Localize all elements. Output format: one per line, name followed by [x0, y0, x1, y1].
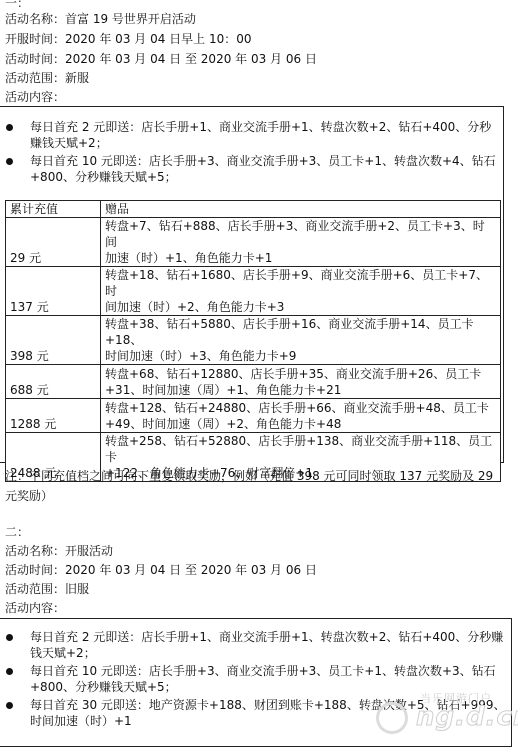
recharge-rewards-table: 累计充值 赠品 29 元 转盘+7、钻石+888、店长手册+3、商业交流手册+2…: [5, 200, 501, 482]
gift-line: 转盘+38、钻石+5880、店长手册+16、商业交流手册+14、员工卡+18、: [105, 316, 496, 348]
gift-line: 转盘+18、钻石+1680、店长手册+9、商业交流手册+6、员工卡+7、时: [105, 267, 496, 299]
bullet-line: 时间加速（时）+1: [30, 713, 505, 729]
field-activity-scope: 活动范围：新服: [5, 69, 89, 87]
field-label: 活动范围：: [5, 582, 65, 596]
bullet-dot-icon: [6, 158, 13, 165]
gift-line: 转盘+258、钻石+52880、店长手册+138、商业交流手册+118、员工卡: [105, 433, 496, 465]
bullet-line: +800、分秒赚钱天赋+5；: [30, 169, 496, 185]
field-value: 2020 年 03 月 04 日 至 2020 年 03 月 06 日: [65, 52, 317, 66]
column-header-gift: 赠品: [101, 201, 501, 218]
table-row: 29 元 转盘+7、钻石+888、店长手册+3、商业交流手册+2、员工卡+3、时…: [6, 218, 501, 267]
bullet-line: 钱天赋+2；: [30, 645, 503, 661]
field-label: 开服时间：: [5, 32, 65, 46]
bullet-dot-icon: [6, 668, 13, 675]
bullet-line: +800、分秒赚钱天赋+5；: [30, 679, 496, 695]
gift-line: 转盘+128、钻石+24880、店长手册+66、商业交流手册+48、员工卡: [105, 400, 496, 416]
field-value: 旧服: [65, 582, 89, 596]
field-label: 活动时间：: [5, 52, 65, 66]
amount-cell: 688 元: [6, 365, 101, 399]
gift-cell: 转盘+7、钻石+888、店长手册+3、商业交流手册+2、员工卡+3、时间加速（时…: [101, 218, 501, 267]
bullet-line: 赚钱天赋+2；: [30, 135, 491, 151]
table-row: 398 元 转盘+38、钻石+5880、店长手册+16、商业交流手册+14、员工…: [6, 316, 501, 365]
gift-line: 时间加速（时）+3、角色能力卡+9: [105, 348, 496, 364]
field-value: 2020 年 03 月 04 日 至 2020 年 03 月 06 日: [65, 563, 317, 577]
gift-line: 转盘+7、钻石+888、店长手册+3、商业交流手册+2、员工卡+3、时间: [105, 218, 496, 250]
table-row: 688 元 转盘+68、钻石+12880、店长手册+35、商业交流手册+26、员…: [6, 365, 501, 399]
field-activity-content: 活动内容：: [5, 599, 65, 617]
field-activity-content: 活动内容：: [5, 88, 65, 106]
amount-cell: 29 元: [6, 218, 101, 267]
gift-cell: 转盘+68、钻石+12880、店长手册+35、商业交流手册+26、员工卡+31、…: [101, 365, 501, 399]
field-label: 活动内容：: [5, 601, 65, 615]
field-label: 活动内容：: [5, 90, 65, 104]
field-label: 活动名称：: [5, 12, 65, 26]
gift-cell: 转盘+18、钻石+1680、店长手册+9、商业交流手册+6、员工卡+7、时间加速…: [101, 267, 501, 316]
bullet-dot-icon: [6, 634, 13, 641]
gift-cell: 转盘+128、钻石+24880、店长手册+66、商业交流手册+48、员工卡+49…: [101, 399, 501, 433]
field-label: 活动时间：: [5, 563, 65, 577]
table-header-row: 累计充值 赠品: [6, 201, 501, 218]
field-value: 新服: [65, 71, 89, 85]
field-activity-scope: 活动范围：旧服: [5, 580, 89, 598]
field-label: 活动范围：: [5, 71, 65, 85]
bullet-line: 每日首充 2 元即送：店长手册+1、商业交流手册+1、转盘次数+2、钻石+400…: [30, 119, 491, 135]
section2-content-box: 每日首充 2 元即送：店长手册+1、商业交流手册+1、转盘次数+2、钻石+400…: [0, 618, 512, 747]
field-open-time: 开服时间：2020 年 03 月 04 日早上 10：00: [5, 30, 252, 48]
bullet-line: 每日首充 30 元即送：地产资源卡+188、财团到账卡+188、转盘次数+5、钻…: [30, 697, 505, 713]
section2-heading: 二：: [5, 523, 29, 541]
amount-cell: 137 元: [6, 267, 101, 316]
bullet-line: 每日首充 10 元即送：店长手册+3、商业交流手册+3、员工卡+1、转盘次数+4…: [30, 153, 496, 169]
column-header-amount: 累计充值: [6, 201, 101, 218]
amount-cell: 1288 元: [6, 399, 101, 433]
gift-line: +31、时间加速（周）+1、角色能力卡+21: [105, 382, 496, 398]
field-activity-name: 活动名称：首富 19 号世界开启活动: [5, 10, 196, 28]
table-row: 137 元 转盘+18、钻石+1680、店长手册+9、商业交流手册+6、员工卡+…: [6, 267, 501, 316]
bullet-dot-icon: [6, 702, 13, 709]
note-line: 注：不同充值档之间可向下重复领取奖励，例如（充值 398 元可同时领取 137 …: [5, 466, 510, 486]
note-line: 元奖励）: [5, 486, 510, 506]
amount-cell: 398 元: [6, 316, 101, 365]
gift-cell: 转盘+38、钻石+5880、店长手册+16、商业交流手册+14、员工卡+18、时…: [101, 316, 501, 365]
bullet-line: 每日首充 10 元即送：店长手册+3、商业交流手册+3、员工卡+1、转盘次数+3…: [30, 663, 496, 679]
field-value: 首富 19 号世界开启活动: [65, 12, 196, 26]
field-activity-name: 活动名称：开服活动: [5, 542, 113, 560]
gift-line: 加速（时）+1、角色能力卡+1: [105, 250, 496, 266]
field-activity-time: 活动时间：2020 年 03 月 04 日 至 2020 年 03 月 06 日: [5, 561, 317, 579]
field-label: 活动名称：: [5, 544, 65, 558]
gift-line: 间加速（时）+2、角色能力卡+3: [105, 299, 496, 315]
gift-line: 转盘+68、钻石+12880、店长手册+35、商业交流手册+26、员工卡: [105, 366, 496, 382]
field-value: 2020 年 03 月 04 日早上 10：00: [65, 32, 252, 46]
table-row: 1288 元 转盘+128、钻石+24880、店长手册+66、商业交流手册+48…: [6, 399, 501, 433]
field-value: 开服活动: [65, 544, 113, 558]
gift-line: +49、时间加速（周）+2、角色能力卡+48: [105, 416, 496, 432]
field-activity-time: 活动时间：2020 年 03 月 04 日 至 2020 年 03 月 06 日: [5, 50, 317, 68]
bullet-dot-icon: [6, 124, 13, 131]
bullet-line: 每日首充 2 元即送：店长手册+1、商业交流手册+1、转盘次数+2、钻石+400…: [30, 629, 503, 645]
note-text: 注：不同充值档之间可向下重复领取奖励，例如（充值 398 元可同时领取 137 …: [5, 466, 510, 506]
